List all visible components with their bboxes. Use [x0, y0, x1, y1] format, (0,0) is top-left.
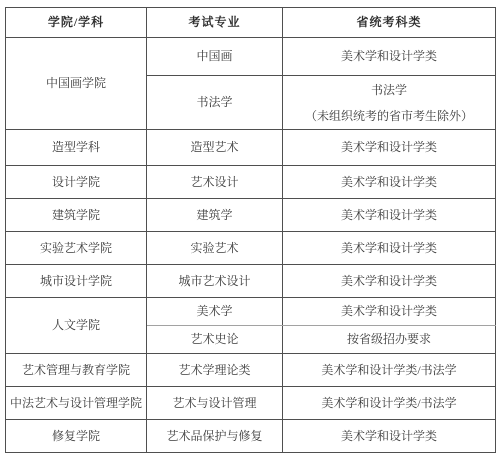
college-cell: 中国画学院: [6, 38, 147, 130]
college-cell: 造型学科: [6, 130, 147, 166]
category-cell: 美术学和设计学类: [283, 232, 496, 265]
table-row: 人文学院 美术学 美术学和设计学类: [6, 298, 496, 326]
table-row: 城市设计学院 城市艺术设计 美术学和设计学类: [6, 265, 496, 298]
table-row: 设计学院 艺术设计 美术学和设计学类: [6, 166, 496, 199]
table-header-row: 学院/学科 考试专业 省统考科类: [6, 8, 496, 38]
major-cell: 艺术品保护与修复: [147, 420, 283, 453]
category-cell: 按省级招办要求: [283, 326, 496, 354]
college-cell: 实验艺术学院: [6, 232, 147, 265]
major-cell: 中国画: [147, 38, 283, 76]
major-cell: 美术学: [147, 298, 283, 326]
category-cell: 美术学和设计学类: [283, 199, 496, 232]
major-cell: 书法学: [147, 76, 283, 130]
category-note: （未组织统考的省市考生除外）: [287, 103, 491, 129]
college-cell: 艺术管理与教育学院: [6, 354, 147, 387]
major-cell: 艺术与设计管理: [147, 387, 283, 420]
college-cell: 修复学院: [6, 420, 147, 453]
college-cell: 城市设计学院: [6, 265, 147, 298]
college-cell: 设计学院: [6, 166, 147, 199]
major-cell: 艺术设计: [147, 166, 283, 199]
category-line: 书法学: [287, 77, 491, 103]
category-cell: 美术学和设计学类: [283, 130, 496, 166]
college-cell: 建筑学院: [6, 199, 147, 232]
major-cell: 艺术学理论类: [147, 354, 283, 387]
category-cell: 美术学和设计学类/书法学: [283, 387, 496, 420]
table-row: 中国画学院 中国画 美术学和设计学类: [6, 38, 496, 76]
major-cell: 艺术史论: [147, 326, 283, 354]
college-cell: 人文学院: [6, 298, 147, 354]
table-row: 实验艺术学院 实验艺术 美术学和设计学类: [6, 232, 496, 265]
table-row: 建筑学院 建筑学 美术学和设计学类: [6, 199, 496, 232]
table-row: 修复学院 艺术品保护与修复 美术学和设计学类: [6, 420, 496, 453]
category-cell: 美术学和设计学类: [283, 38, 496, 76]
header-college: 学院/学科: [6, 8, 147, 38]
table-row: 中法艺术与设计管理学院 艺术与设计管理 美术学和设计学类/书法学: [6, 387, 496, 420]
major-cell: 造型艺术: [147, 130, 283, 166]
major-cell: 城市艺术设计: [147, 265, 283, 298]
category-cell: 美术学和设计学类: [283, 166, 496, 199]
category-cell: 美术学和设计学类: [283, 420, 496, 453]
category-cell: 美术学和设计学类/书法学: [283, 354, 496, 387]
category-cell: 美术学和设计学类: [283, 298, 496, 326]
header-category: 省统考科类: [283, 8, 496, 38]
exam-category-table: 学院/学科 考试专业 省统考科类 中国画学院 中国画 美术学和设计学类 书法学 …: [5, 7, 496, 453]
header-major: 考试专业: [147, 8, 283, 38]
category-cell: 美术学和设计学类: [283, 265, 496, 298]
table-row: 造型学科 造型艺术 美术学和设计学类: [6, 130, 496, 166]
category-cell: 书法学 （未组织统考的省市考生除外）: [283, 76, 496, 130]
college-cell: 中法艺术与设计管理学院: [6, 387, 147, 420]
table-row: 艺术管理与教育学院 艺术学理论类 美术学和设计学类/书法学: [6, 354, 496, 387]
major-cell: 建筑学: [147, 199, 283, 232]
major-cell: 实验艺术: [147, 232, 283, 265]
